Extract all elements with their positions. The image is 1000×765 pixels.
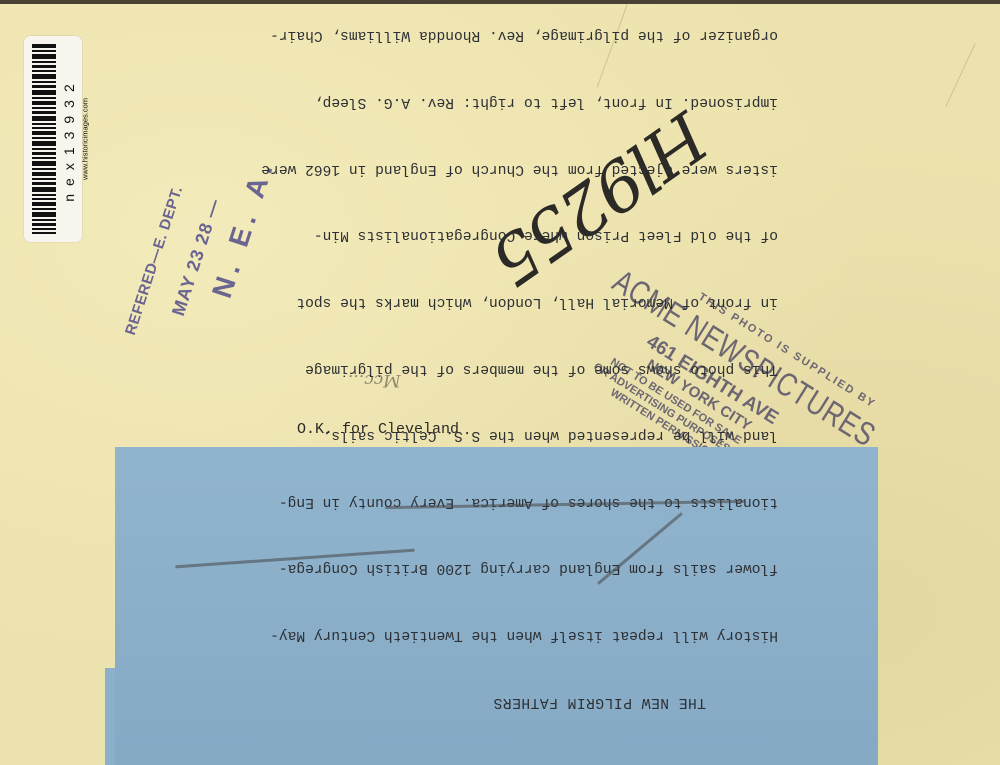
- barcode-url-wrap: www.historicimages.com: [68, 44, 86, 234]
- caption-body: THE NEW PILGRIM FATHERS History will rep…: [261, 0, 778, 757]
- barcode-url: www.historicimages.com: [81, 98, 90, 180]
- caption-line: This photo shows some of the members of …: [261, 357, 778, 379]
- caption-line: History will repeat itself when the Twen…: [261, 624, 778, 646]
- caption-title: THE NEW PILGRIM FATHERS: [261, 690, 778, 712]
- caption-line: of the old Fleet Prison where Congregati…: [261, 224, 778, 246]
- barcode-bars: [32, 44, 56, 234]
- caption-line: organizer of the pilgrimage, Rev. Rhondd…: [261, 24, 778, 46]
- barcode-sticker: nex13932 www.historicimages.com: [24, 36, 82, 242]
- caption-line: isters were ejected from the Church of E…: [261, 158, 778, 180]
- caption-line: flower sails from England carrying 1200 …: [261, 557, 778, 579]
- caption-text-rotated: THE NEW PILGRIM FATHERS History will rep…: [115, 447, 878, 765]
- paper-crease: [945, 43, 975, 107]
- caption-sheet: THE NEW PILGRIM FATHERS History will rep…: [115, 447, 878, 765]
- caption-line: land will be represented when the S.S. C…: [261, 424, 778, 446]
- caption-line: imprisoned. In front, left to right: Rev…: [261, 91, 778, 113]
- caption-line: in front of Memorial Hall, London, which…: [261, 291, 778, 313]
